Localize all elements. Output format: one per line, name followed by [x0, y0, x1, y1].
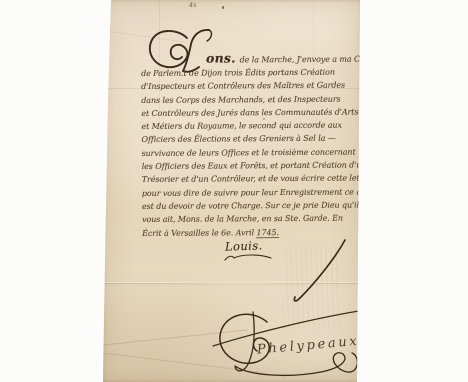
manuscript-line: vous ait, Mons. de la Marche, en sa Ste.…: [142, 212, 371, 227]
ink-speck: [222, 6, 224, 9]
manuscript-line: Trésorier et d'un Contrôleur, et de vous…: [142, 172, 371, 187]
signature-underline-flourish: [222, 253, 274, 262]
pencil-mark: 4x: [189, 1, 197, 9]
manuscript-line: et Métiers du Royaume, le second qui acc…: [141, 119, 370, 134]
salutation-suffix: ons.: [206, 50, 236, 65]
document-photograph: 4x M ons. de la Marche, J'envoye a ma Co…: [0, 0, 468, 382]
royal-signature: Louis.: [225, 238, 263, 253]
letter-paper: 4x M ons. de la Marche, J'envoye a ma Co…: [103, 0, 361, 382]
manuscript-line: d'Inspecteurs et Contrôleurs des Maîtres…: [141, 79, 370, 94]
letter-body: de Parlem.t de Dijon trois Édits portans…: [141, 65, 372, 239]
date-text: Écrit à Versailles le 6e. Avril: [142, 228, 256, 238]
manuscript-line: de la Marche, J'envoye a ma Cour —: [240, 54, 384, 64]
countersignature-flourish: Phelypeaux: [209, 298, 363, 380]
manuscript-line-first: ons. de la Marche, J'envoye a ma Cour —: [206, 49, 384, 65]
date-year: 1745.: [256, 228, 278, 239]
